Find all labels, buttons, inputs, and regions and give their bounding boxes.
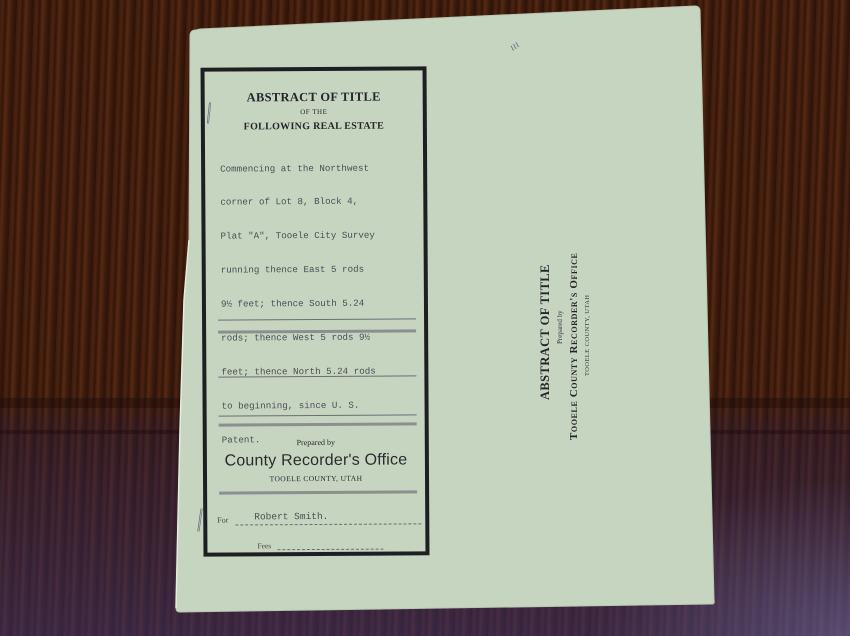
spine-title: ABSTRACT OF TITLE <box>538 200 553 400</box>
cover-subtitle-real-estate: FOLLOWING REAL ESTATE <box>205 120 423 132</box>
cover-subtitle-of-the: OF THE <box>205 107 423 116</box>
prepared-by-label: Prepared by <box>207 437 425 447</box>
cover-label-box: ABSTRACT OF TITLE OF THE FOLLOWING REAL … <box>201 66 430 556</box>
legal-line: running thence East 5 rods <box>221 264 426 277</box>
for-label: For <box>217 516 228 525</box>
fees-label: Fees <box>257 541 271 550</box>
legal-line: Commencing at the Northwest <box>220 162 425 175</box>
for-field-line <box>235 523 421 525</box>
county-name: TOOELE COUNTY, UTAH <box>207 473 425 483</box>
legal-description: Commencing at the Northwest corner of Lo… <box>220 139 427 468</box>
spine-office-name: Tooele County Recorder's Office <box>568 253 580 440</box>
fees-field-line <box>277 549 383 551</box>
spine-prepared-by: Prepared by <box>556 310 564 344</box>
legal-line: corner of Lot 8, Block 4, <box>220 196 425 209</box>
legal-line: Plat "A", Tooele City Survey <box>221 230 426 243</box>
legal-line: to beginning, since U. S. <box>222 399 427 412</box>
spine-county: TOOELE COUNTY, UTAH <box>584 295 591 376</box>
legal-line: 9½ feet; thence South 5.24 <box>221 297 426 310</box>
divider-rule <box>219 490 417 494</box>
for-field-value: Robert Smith. <box>254 511 328 522</box>
office-name: County Recorder's Office <box>207 451 425 470</box>
cover-title: ABSTRACT OF TITLE <box>205 89 423 105</box>
